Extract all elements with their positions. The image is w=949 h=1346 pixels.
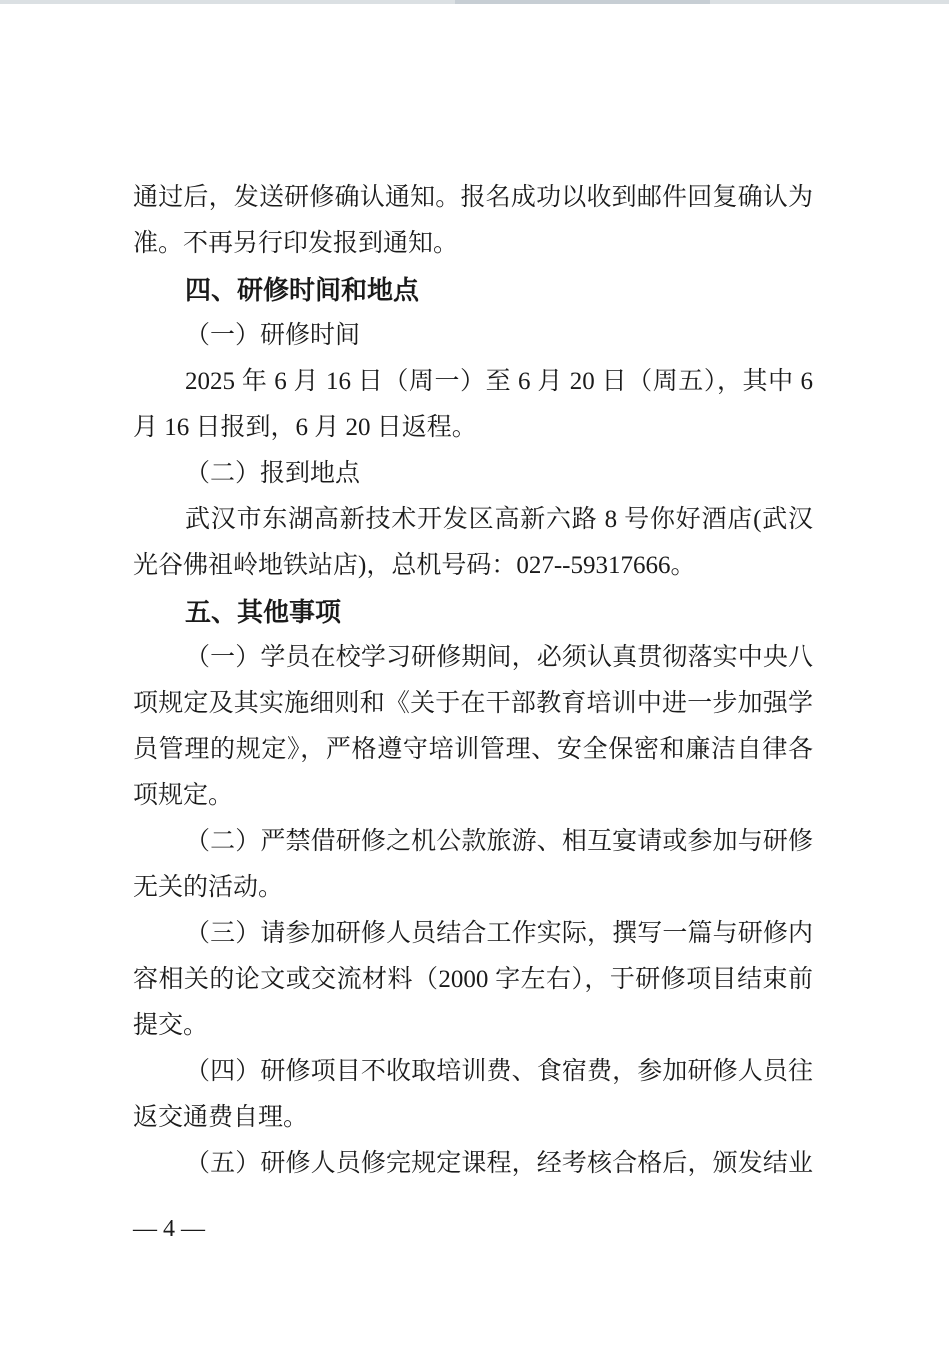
document-body: 通过后，发送研修确认通知。报名成功以收到邮件回复确认为准。不再另行印发报到通知。… — [133, 175, 813, 1187]
text-line: 武汉市东湖高新技术开发区高新六路 8 号你好酒店(武汉 — [133, 497, 813, 543]
text-line: 容相关的论文或交流材料（2000 字左右），于研修项目结束前 — [133, 957, 813, 1003]
text-line: （四）研修项目不收取培训费、食宿费，参加研修人员往 — [133, 1049, 813, 1095]
text-line: 准。不再另行印发报到通知。 — [133, 221, 813, 267]
text-line: 员管理的规定》，严格遵守培训管理、安全保密和廉洁自律各 — [133, 727, 813, 773]
section-heading: 五、其他事项 — [133, 589, 813, 635]
top-scrollbar-thumb[interactable] — [455, 0, 710, 4]
text-line: 2025 年 6 月 16 日（周一）至 6 月 20 日（周五），其中 6 — [133, 359, 813, 405]
text-line: 月 16 日报到，6 月 20 日返程。 — [133, 405, 813, 451]
page-number: — 4 — — [133, 1212, 205, 1246]
text-line: （二）报到地点 — [133, 451, 813, 497]
text-line: （三）请参加研修人员结合工作实际，撰写一篇与研修内 — [133, 911, 813, 957]
text-line: （一）研修时间 — [133, 313, 813, 359]
text-line: 通过后，发送研修确认通知。报名成功以收到邮件回复确认为 — [133, 175, 813, 221]
text-line: 无关的活动。 — [133, 865, 813, 911]
text-line: （五）研修人员修完规定课程，经考核合格后，颁发结业 — [133, 1141, 813, 1187]
text-line: 项规定。 — [133, 773, 813, 819]
text-line: 光谷佛祖岭地铁站店)，总机号码：027--59317666。 — [133, 543, 813, 589]
text-line: 返交通费自理。 — [133, 1095, 813, 1141]
text-line: （二）严禁借研修之机公款旅游、相互宴请或参加与研修 — [133, 819, 813, 865]
text-line: 提交。 — [133, 1003, 813, 1049]
section-heading: 四、研修时间和地点 — [133, 267, 813, 313]
text-line: 项规定及其实施细则和《关于在干部教育培训中进一步加强学 — [133, 681, 813, 727]
top-scrollbar-track[interactable] — [0, 0, 949, 4]
text-line: （一）学员在校学习研修期间，必须认真贯彻落实中央八 — [133, 635, 813, 681]
